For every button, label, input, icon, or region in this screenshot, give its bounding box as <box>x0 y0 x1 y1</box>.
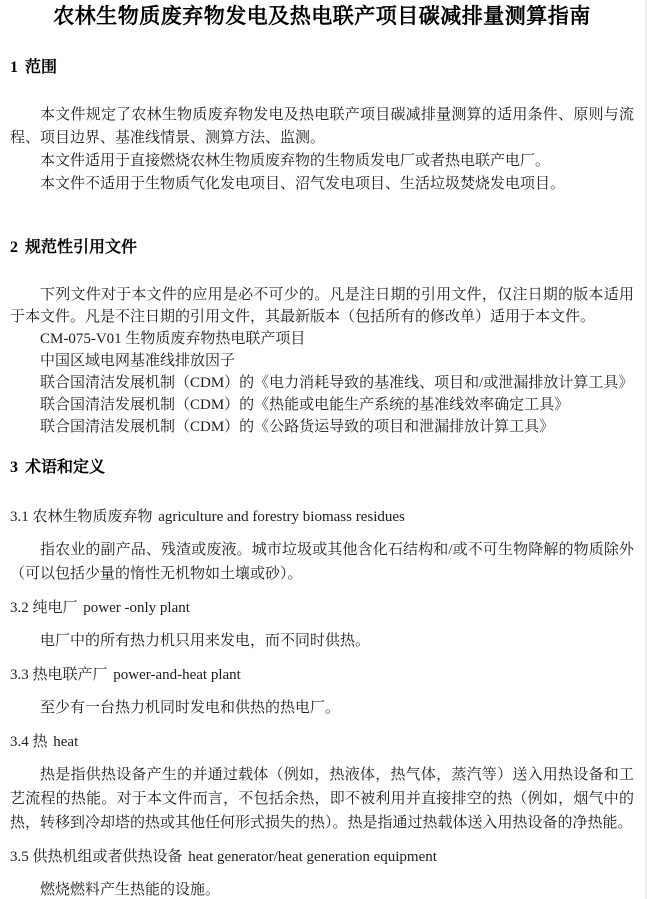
reference-item: 联合国清洁发展机制（CDM）的《公路货运导致的项目和泄漏排放计算工具》 <box>10 416 634 438</box>
section-number: 3 <box>10 459 18 476</box>
section-heading-scope: 1范围 <box>10 57 634 79</box>
section-number: 2 <box>10 239 18 256</box>
scope-paragraph: 本文件规定了农林生物质废弃物发电及热电联产项目碳减排量测算的适用条件、原则与流程… <box>10 104 634 150</box>
term-definition: 电厂中的所有热力机只用来发电，而不同时供热。 <box>10 629 634 653</box>
section-heading-text: 术语和定义 <box>25 459 105 476</box>
term-definition: 至少有一台热力机同时发电和供热的热电厂。 <box>10 696 634 720</box>
term-heading: 3.4 热 heat <box>10 730 634 754</box>
term-number: 3.3 <box>10 667 29 683</box>
section-heading-text: 范围 <box>25 59 57 76</box>
references-body: 下列文件对于本文件的应用是必不可少的。凡是注日期的引用文件，仅注日期的版本适用于… <box>10 284 634 438</box>
section-heading-terms-definitions: 3术语和定义 <box>10 457 634 479</box>
document-title: 农林生物质废弃物发电及热电联产项目碳减排量测算指南 <box>10 3 634 30</box>
term-number: 3.5 <box>10 849 29 865</box>
section-number: 1 <box>10 59 18 76</box>
term-definition: 指农业的副产品、残渣或废液。城市垃圾或其他含化石结构和/或不可生物降解的物质除外… <box>10 538 634 586</box>
term-name-zh: 供热机组或者供热设备 <box>33 849 183 865</box>
scope-body: 本文件规定了农林生物质废弃物发电及热电联产项目碳减排量测算的适用条件、原则与流程… <box>10 104 634 196</box>
term-name-en: heat <box>53 734 78 750</box>
scope-paragraph: 本文件不适用于生物质气化发电项目、沼气发电项目、生活垃圾焚烧发电项目。 <box>10 173 634 196</box>
reference-item: 联合国清洁发展机制（CDM）的《电力消耗导致的基准线、项目和/或泄漏排放计算工具… <box>10 372 634 394</box>
term-heading: 3.1 农林生物质废弃物 agriculture and forestry bi… <box>10 505 634 529</box>
term-number: 3.4 <box>10 734 29 750</box>
section-heading-normative-references: 2规范性引用文件 <box>10 237 634 259</box>
term-name-zh: 纯电厂 <box>33 600 78 616</box>
term-number: 3.1 <box>10 509 29 525</box>
term-name-zh: 热电联产厂 <box>33 667 108 683</box>
term-name-en: heat generator/heat generation equipment <box>188 849 437 865</box>
term-heading: 3.3 热电联产厂 power-and-heat plant <box>10 663 634 687</box>
section-heading-text: 规范性引用文件 <box>25 239 137 256</box>
reference-item: CM-075-V01 生物质废弃物热电联产项目 <box>10 328 634 350</box>
term-name-zh: 农林生物质废弃物 <box>33 509 153 525</box>
term-definition: 热是指供热设备产生的并通过载体（例如，热液体，热气体，蒸汽等）送入用热设备和工艺… <box>10 763 634 835</box>
reference-item: 联合国清洁发展机制（CDM）的《热能或电能生产系统的基准线效率确定工具》 <box>10 394 634 416</box>
reference-item: 中国区域电网基准线排放因子 <box>10 350 634 372</box>
term-heading: 3.5 供热机组或者供热设备 heat generator/heat gener… <box>10 845 634 869</box>
document-page: 农林生物质废弃物发电及热电联产项目碳减排量测算指南 1范围 本文件规定了农林生物… <box>0 0 647 899</box>
term-definition: 燃烧燃料产生热能的设施。 <box>10 878 634 899</box>
scope-paragraph: 本文件适用于直接燃烧农林生物质废弃物的生物质发电厂或者热电联产电厂。 <box>10 150 634 173</box>
term-name-en: agriculture and forestry biomass residue… <box>158 509 405 525</box>
term-name-en: power-and-heat plant <box>113 667 241 683</box>
term-name-en: power -only plant <box>83 600 190 616</box>
term-name-zh: 热 <box>33 734 48 750</box>
term-number: 3.2 <box>10 600 29 616</box>
references-intro: 下列文件对于本文件的应用是必不可少的。凡是注日期的引用文件，仅注日期的版本适用于… <box>10 284 634 328</box>
term-heading: 3.2 纯电厂 power -only plant <box>10 596 634 620</box>
